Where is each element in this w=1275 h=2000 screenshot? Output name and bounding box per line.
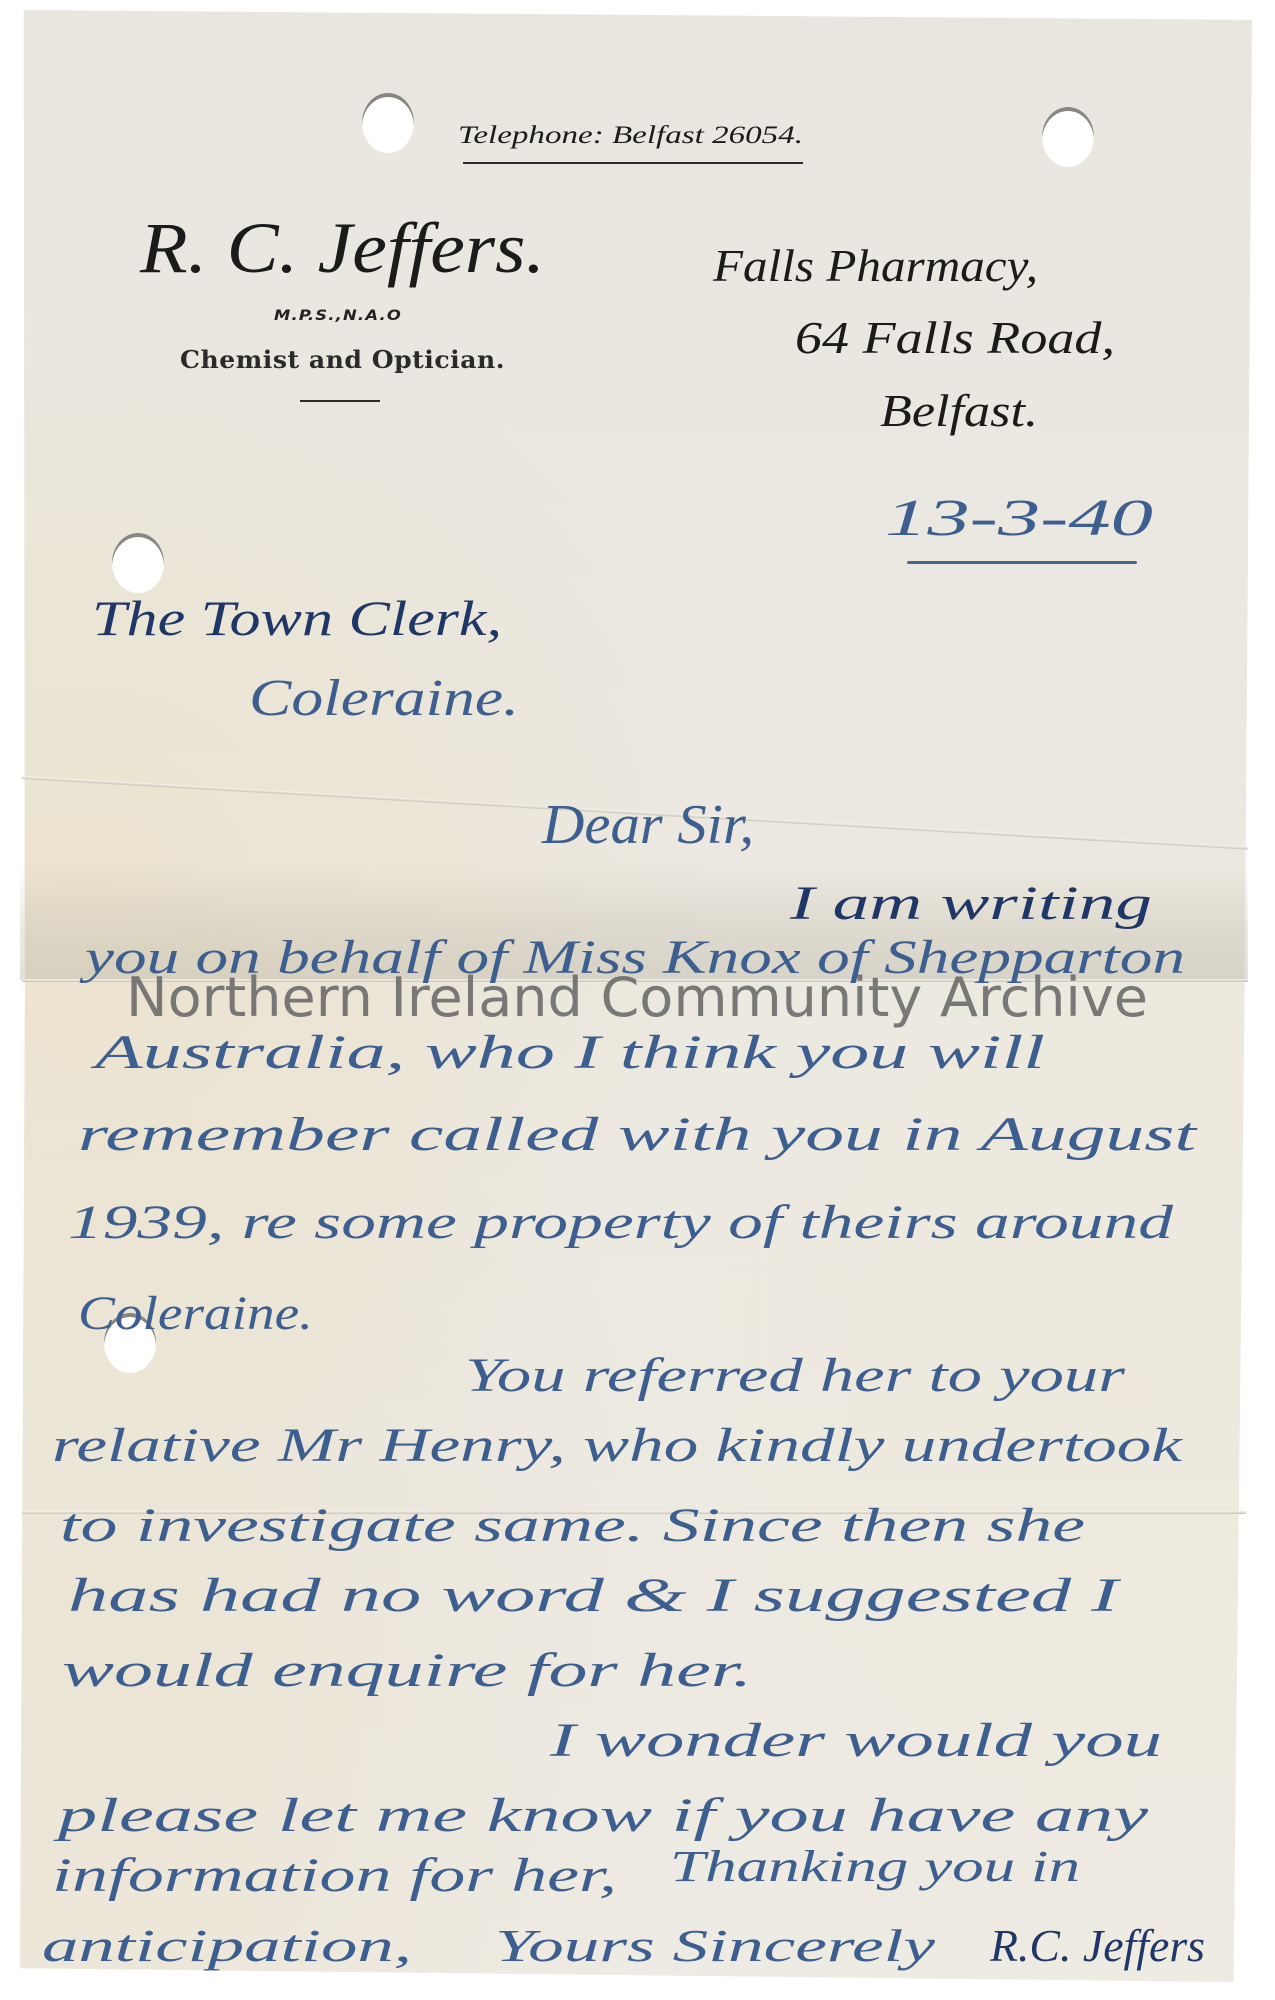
letterhead-divider (300, 400, 380, 402)
body-line: relative Mr Henry, who kindly undertook (52, 1422, 1182, 1470)
letter-date: 13-3-40 (885, 493, 1153, 545)
recipient-line: The Town Clerk, (92, 593, 502, 643)
body-line: please let me know if you have any (58, 1792, 1148, 1840)
telephone-underline (463, 162, 803, 164)
letterhead-city: Belfast. (880, 388, 1038, 434)
punch-hole (112, 533, 164, 593)
letterhead-street: 64 Falls Road, (795, 315, 1115, 361)
punch-hole (362, 93, 414, 153)
body-line: has had no word & I suggested I (68, 1572, 1118, 1620)
body-line: remember called with you in August (78, 1111, 1196, 1159)
closing-line: anticipation, (42, 1923, 412, 1969)
body-line: Australia, who I think you will (95, 1029, 1045, 1077)
signature: R.C. Jeffers (990, 1923, 1205, 1969)
body-line: Coleraine. (78, 1290, 313, 1338)
body-line: would enquire for her. (62, 1647, 752, 1695)
letterhead-name: R. C. Jeffers. (140, 212, 545, 284)
salutation: Dear Sir, (542, 797, 754, 853)
body-line: to investigate same. Since then she (60, 1502, 1085, 1550)
body-line: I wonder would you (550, 1717, 1162, 1765)
recipient-town: Coleraine. (249, 673, 519, 725)
archive-watermark: Northern Ireland Community Archive (126, 971, 1148, 1025)
body-line: information for her, (52, 1852, 617, 1900)
body-line: You referred her to your (465, 1352, 1125, 1400)
letterhead-qualifications: M.P.S.,N.A.O (274, 309, 402, 323)
letterhead-business: Falls Pharmacy, (713, 243, 1038, 289)
body-line: 1939, re some property of theirs around (68, 1199, 1173, 1247)
closing-thanks: Thanking you in (670, 1845, 1080, 1889)
date-underline (907, 561, 1137, 564)
punch-hole (1042, 107, 1094, 167)
signoff: Yours Sincerely (495, 1923, 935, 1969)
letterhead-telephone: Telephone: Belfast 26054. (458, 123, 803, 148)
letterhead-profession: Chemist and Optician. (180, 348, 505, 372)
body-line: I am writing (790, 880, 1152, 928)
